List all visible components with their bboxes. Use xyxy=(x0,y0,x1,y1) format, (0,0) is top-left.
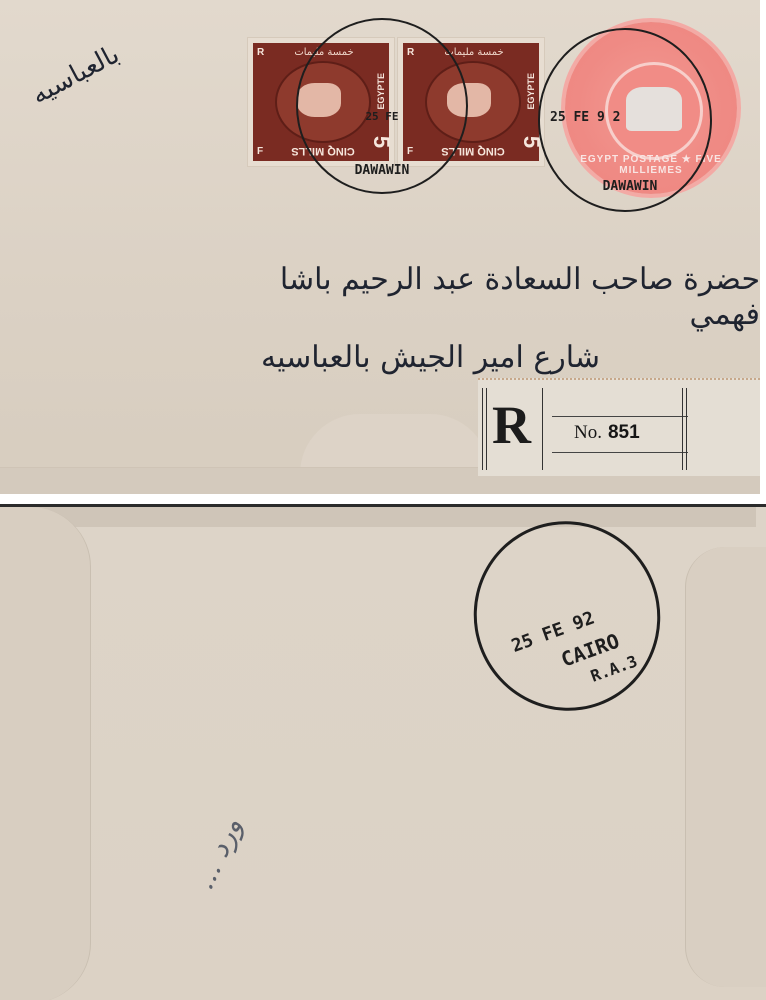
number-value: 851 xyxy=(608,422,640,443)
registration-number: No.851 xyxy=(574,422,640,444)
postmark-date: 25 FE 9 2 xyxy=(550,110,620,125)
pencil-note: ورد ... xyxy=(187,812,249,894)
envelope-back: 25 FE 92 CAIRO R.A.3 ورد ... xyxy=(0,504,766,1000)
postmark-date: 25 FE xyxy=(298,110,466,123)
envelope-front: بالعباسيه R خمسة مليمات EGYPTE 5 F CINQ … xyxy=(0,0,760,494)
divider xyxy=(552,416,688,417)
postmark-front-1: 25 FE DAWAWIN xyxy=(296,18,468,194)
address-line-1: حضرة صاحب السعادة عبد الرحيم باشا فهمي xyxy=(250,262,760,332)
registration-letter: R xyxy=(492,394,531,456)
postmark-place: DAWAWIN xyxy=(298,163,466,178)
address-line-2: شارع امير الجيش بالعباسيه xyxy=(30,340,600,375)
envelope-left-flap xyxy=(0,507,91,1000)
divider xyxy=(486,388,487,470)
number-label: No. xyxy=(574,422,602,443)
postmark-front-2: 25 FE 9 2 DAWAWIN xyxy=(538,28,712,212)
postmark-place: DAWAWIN xyxy=(550,179,710,194)
stamp-corner-letter: F xyxy=(257,146,263,157)
divider xyxy=(482,388,483,470)
registration-label: R No.851 xyxy=(478,378,760,476)
divider xyxy=(542,388,543,470)
postmark-back-cairo: 25 FE 92 CAIRO R.A.3 xyxy=(447,495,687,737)
envelope-flap-tab xyxy=(300,414,490,474)
envelope-right-flap xyxy=(685,547,766,987)
divider xyxy=(552,452,688,453)
handwritten-corner-note: بالعباسيه xyxy=(27,39,125,110)
stamp-country: EGYPTE xyxy=(526,73,536,110)
stamp-corner-letter: R xyxy=(257,47,264,58)
divider xyxy=(686,388,687,470)
divider xyxy=(682,388,683,470)
envelope-top-flap xyxy=(20,507,756,527)
